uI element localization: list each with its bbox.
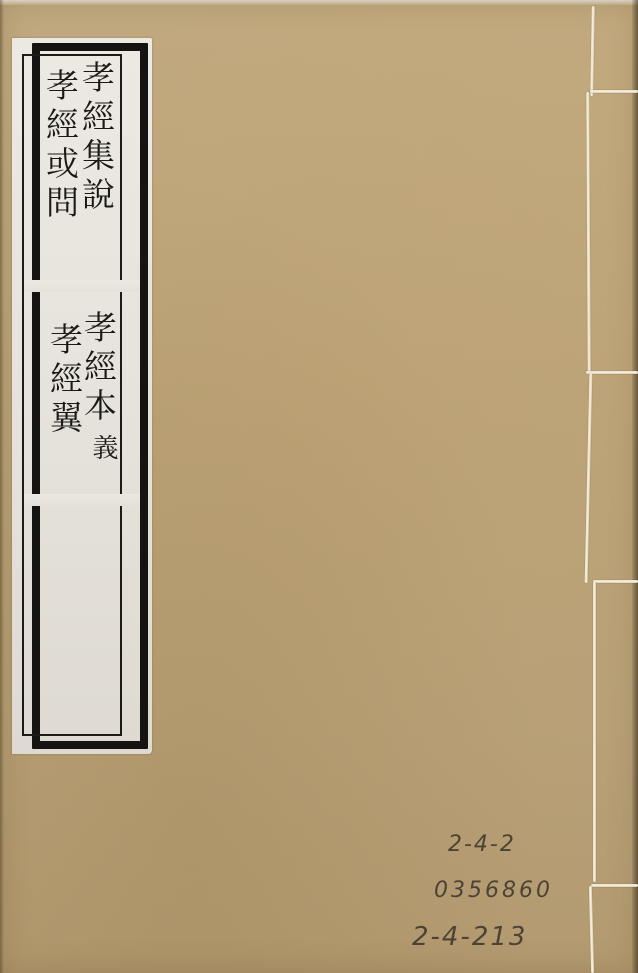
binding-thread-vertical xyxy=(590,6,595,96)
spine-shadow xyxy=(632,0,638,973)
title-lower-left: 孝經翼 xyxy=(48,322,81,439)
title-slip-section-divider xyxy=(24,494,140,506)
binding-thread-stitch-3 xyxy=(593,580,638,583)
binding-thread-vertical xyxy=(593,582,596,882)
binding-thread-stitch-1 xyxy=(590,90,638,93)
book-cover: 孝經集說 孝經或問 孝經本 義 孝經翼 2-4-2 0356860 2-4-21… xyxy=(0,0,638,973)
title-slip: 孝經集說 孝經或問 孝經本 義 孝經翼 xyxy=(12,38,152,754)
title-upper-right: 孝經集說 xyxy=(80,60,113,216)
title-lower-right: 孝經本 xyxy=(82,310,115,427)
binding-thread-vertical xyxy=(589,886,594,973)
binding-thread-vertical xyxy=(586,92,590,372)
catalog-mark-line1: 2-4-2 xyxy=(448,832,516,857)
binding-thread-vertical xyxy=(585,373,593,583)
binding-thread-stitch-2 xyxy=(586,371,638,374)
binding-thread-stitch-4 xyxy=(591,884,638,887)
title-lower-right-small: 義 xyxy=(90,434,116,466)
title-upper-left: 孝經或問 xyxy=(44,68,77,224)
title-slip-section-divider xyxy=(24,280,140,292)
top-edge xyxy=(0,0,638,5)
catalog-mark-line3: 2-4-213 xyxy=(412,922,527,952)
catalog-mark-line2: 0356860 xyxy=(434,878,553,903)
left-edge-shadow xyxy=(0,0,4,973)
